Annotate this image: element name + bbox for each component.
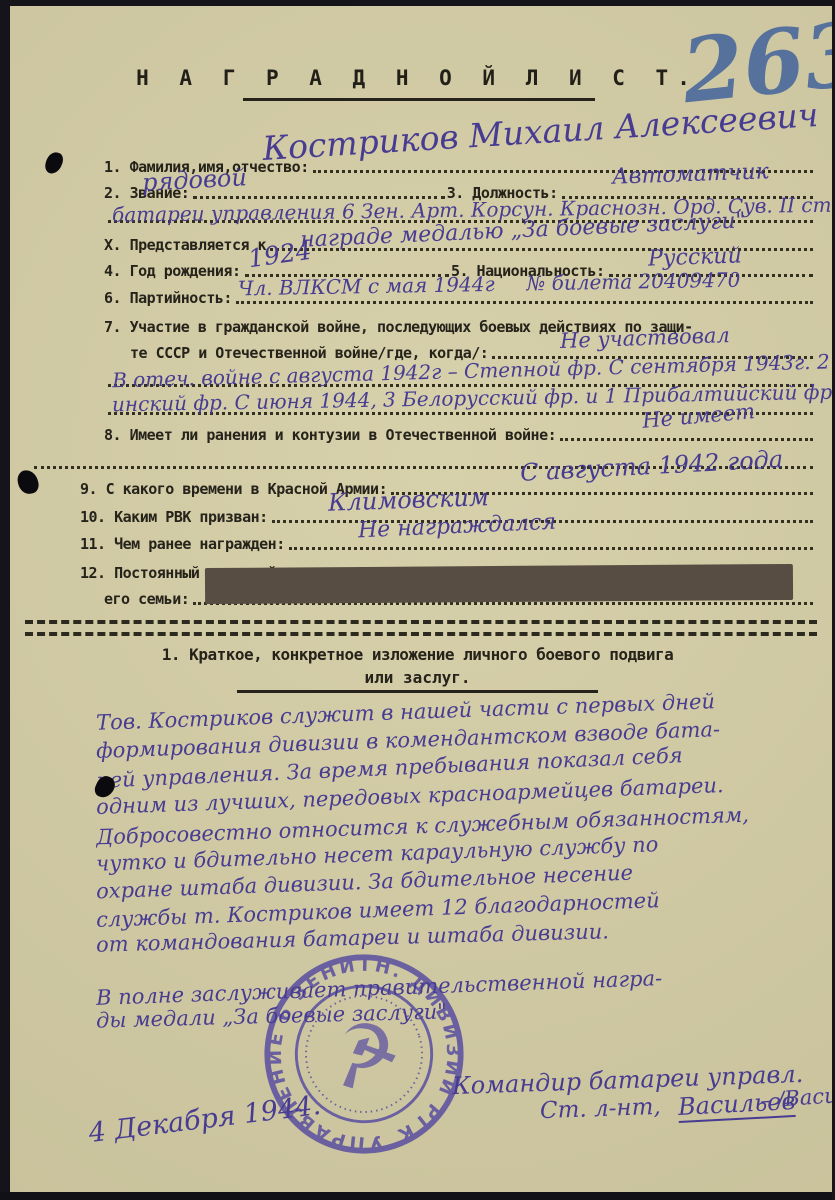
scan-edge-bottom [0,1192,835,1200]
handwritten-rank: рядовой [141,163,247,196]
field-label-address-2: его семьи: [104,590,189,608]
field-label-birth-year: 4. Год рождения: [104,262,241,280]
scan-edge-left [0,0,10,1200]
merit-heading-line2: или заслуг. [237,666,599,693]
field-label-presented-for: Х. Представляется к [104,236,266,254]
handwritten-drafted-by: Климовским [328,483,490,517]
title-underline [243,98,595,101]
punch-hole [43,150,65,176]
field-label-previous-awards: 11. Чем ранее награжден: [80,535,285,553]
redaction-bar [205,564,793,604]
signature-rank: Ст. л-нт, [540,1094,662,1124]
document-title: Н А Г Р А Д Н О Й Л И С Т. [0,66,835,90]
award-sheet-scan: 263 Н А Г Р А Д Н О Й Л И С Т. Костриков… [0,0,835,1200]
merit-heading: 1. Краткое, конкретное изложение личного… [0,645,835,693]
field-label-drafted-by: 10. Каким РВК призван: [80,508,268,526]
scan-edge-top [0,0,835,6]
field-label-party: 6. Партийность: [104,289,232,307]
section-divider [25,620,817,636]
punch-hole [16,468,41,496]
merit-heading-line1: 1. Краткое, конкретное изложение личного… [0,645,835,664]
